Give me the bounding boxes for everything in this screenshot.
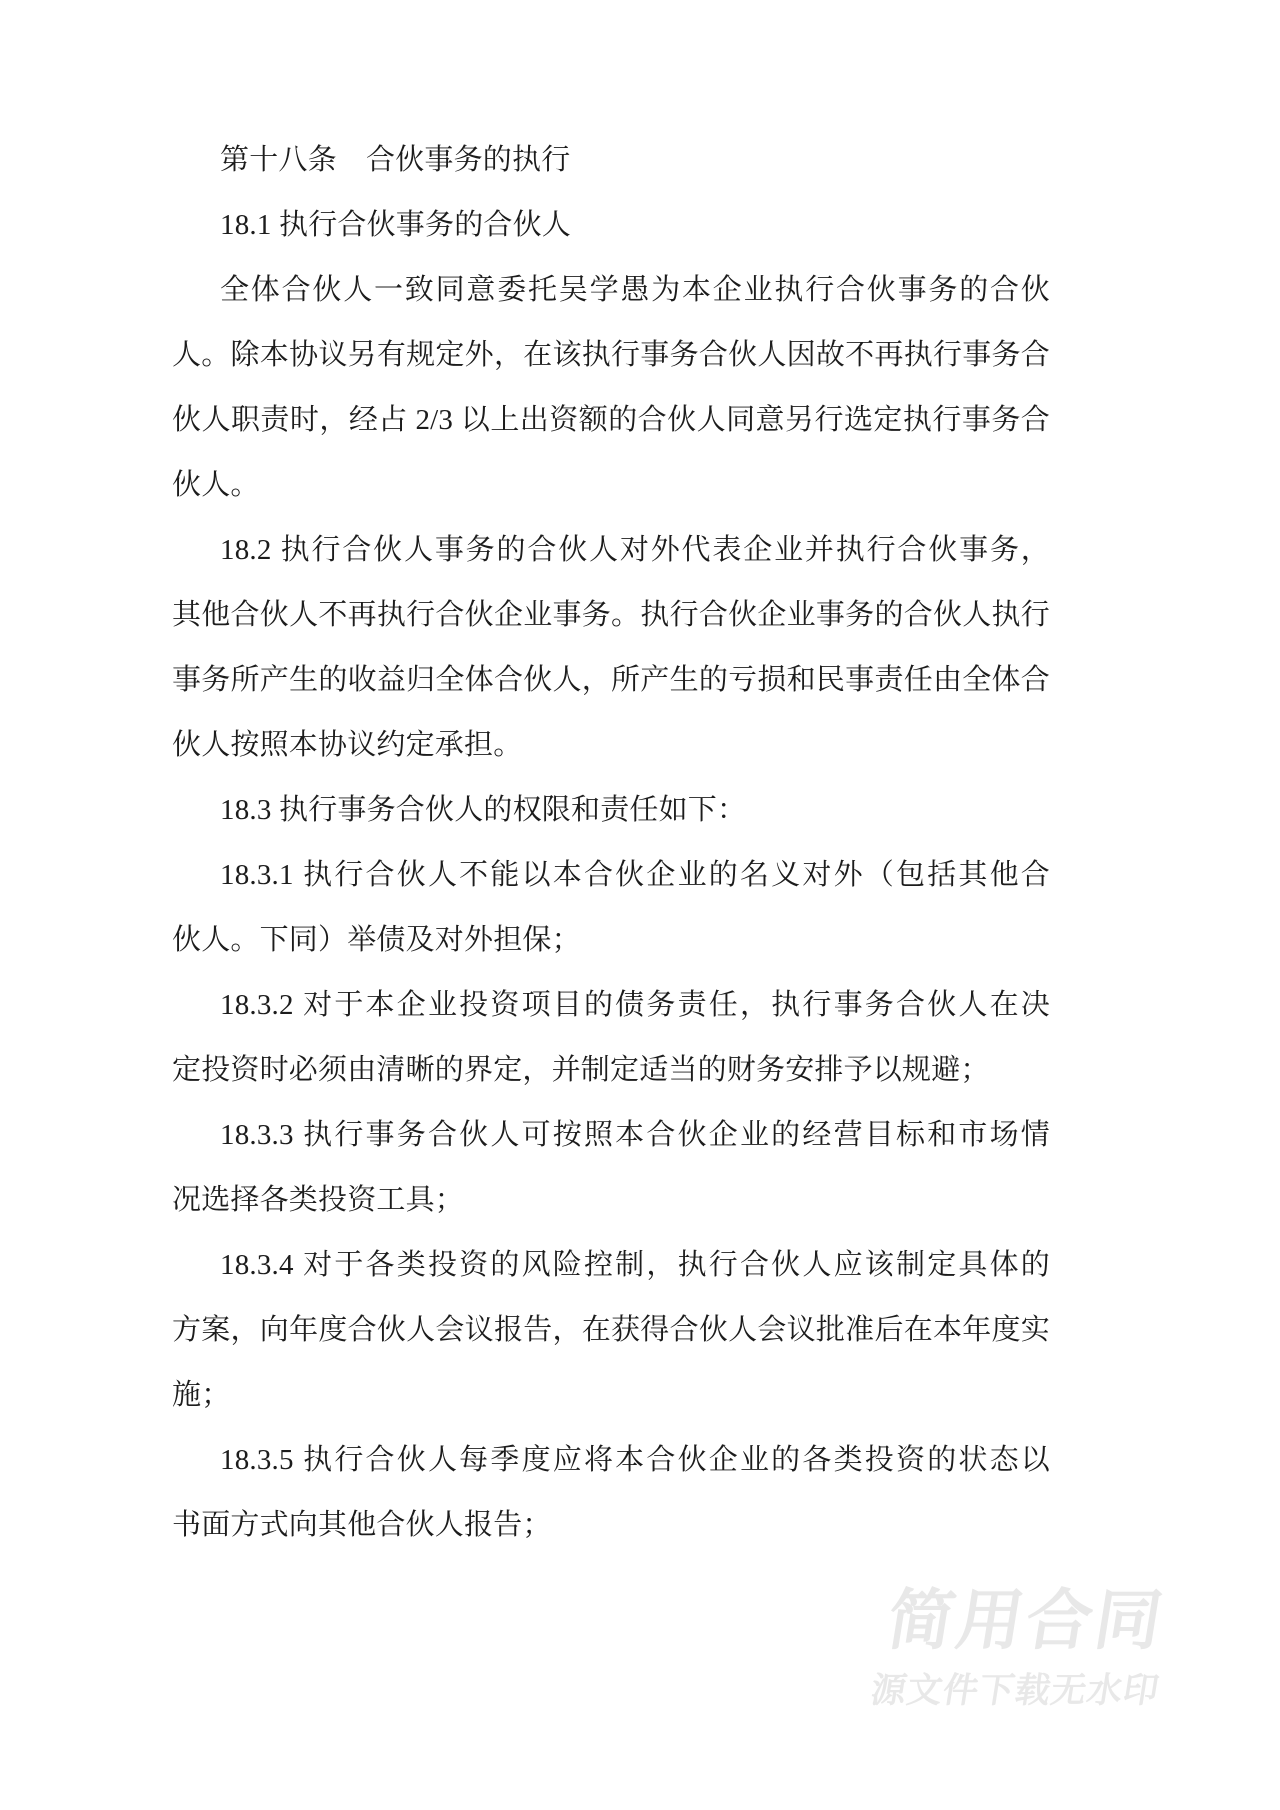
document-line: 伙人。 xyxy=(172,453,1050,518)
document-line: 18.2 执行合伙人事务的合伙人对外代表企业并执行合伙事务， xyxy=(172,518,1050,583)
document-line: 18.3 执行事务合伙人的权限和责任如下： xyxy=(172,778,1050,843)
document-line: 事务所产生的收益归全体合伙人，所产生的亏损和民事责任由全体合 xyxy=(172,648,1050,713)
document-line: 18.1 执行合伙事务的合伙人 xyxy=(172,193,1050,258)
document-line: 况选择各类投资工具； xyxy=(172,1168,1050,1233)
watermark: 简用合同 源文件下载无水印 xyxy=(862,1586,1182,1710)
document-line: 书面方式向其他合伙人报告； xyxy=(172,1493,1050,1558)
document-line: 全体合伙人一致同意委托吴学愚为本企业执行合伙事务的合伙 xyxy=(172,258,1050,323)
document-line: 其他合伙人不再执行合伙企业事务。执行合伙企业事务的合伙人执行 xyxy=(172,583,1050,648)
contract-body: 第十八条 合伙事务的执行18.1 执行合伙事务的合伙人全体合伙人一致同意委托吴学… xyxy=(172,128,1050,1558)
document-line: 18.3.4 对于各类投资的风险控制，执行合伙人应该制定具体的 xyxy=(172,1233,1050,1298)
document-line: 18.3.2 对于本企业投资项目的债务责任，执行事务合伙人在决 xyxy=(172,973,1050,1038)
document-line: 18.3.5 执行合伙人每季度应将本合伙企业的各类投资的状态以 xyxy=(172,1428,1050,1493)
document-line: 方案，向年度合伙人会议报告，在获得合伙人会议批准后在本年度实 xyxy=(172,1298,1050,1363)
document-line: 定投资时必须由清晰的界定，并制定适当的财务安排予以规避； xyxy=(172,1038,1050,1103)
document-line: 伙人职责时，经占 2/3 以上出资额的合伙人同意另行选定执行事务合 xyxy=(172,388,1050,453)
document-line: 18.3.1 执行合伙人不能以本合伙企业的名义对外（包括其他合 xyxy=(172,843,1050,908)
document-line: 伙人。下同）举债及对外担保； xyxy=(172,908,1050,973)
document-line: 第十八条 合伙事务的执行 xyxy=(172,128,1050,193)
document-line: 施； xyxy=(172,1363,1050,1428)
document-line: 人。除本协议另有规定外，在该执行事务合伙人因故不再执行事务合 xyxy=(172,323,1050,388)
document-page: 第十八条 合伙事务的执行18.1 执行合伙事务的合伙人全体合伙人一致同意委托吴学… xyxy=(0,0,1280,1810)
watermark-subtitle: 源文件下载无水印 xyxy=(862,1672,1168,1710)
document-line: 伙人按照本协议约定承担。 xyxy=(172,713,1050,778)
document-line: 18.3.3 执行事务合伙人可按照本合伙企业的经营目标和市场情 xyxy=(172,1103,1050,1168)
watermark-title: 简用合同 xyxy=(871,1586,1182,1654)
